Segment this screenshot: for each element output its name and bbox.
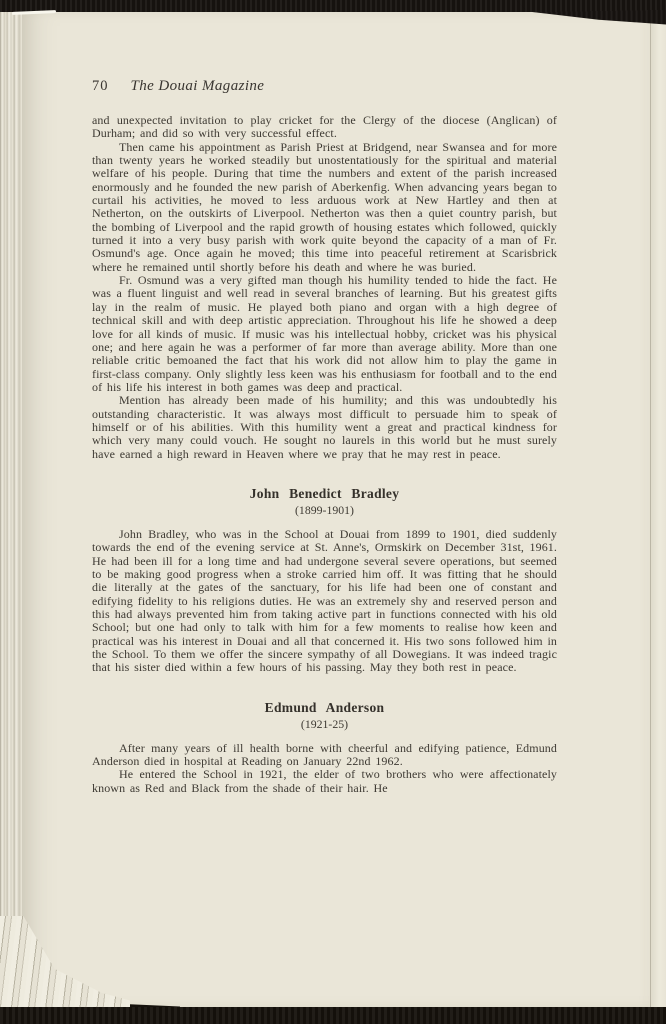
scan-dark-band-bottom: [0, 1007, 666, 1024]
obituary-osmund-paragraph: Mention has already been made of his hum…: [92, 394, 557, 461]
scanned-book-page: 70 The Douai Magazine and unexpected inv…: [0, 0, 666, 1024]
obituary-osmund-paragraph: and unexpected invitation to play cricke…: [92, 114, 557, 141]
book-page-stack-edges: [0, 10, 22, 1009]
obituary-heading-bradley: John Benedict Bradley: [92, 486, 557, 502]
obituary-anderson-paragraph: After many years of ill health borne wit…: [92, 742, 557, 769]
page-number: 70: [92, 78, 109, 95]
obituary-dates-bradley: (1899-1901): [92, 503, 557, 518]
obituary-heading-anderson: Edmund Anderson: [92, 700, 557, 716]
page-gutter-crease: [650, 12, 651, 1007]
obituary-anderson-paragraph: He entered the School in 1921, the elder…: [92, 768, 557, 795]
obituary-osmund-paragraph: Then came his appointment as Parish Prie…: [92, 141, 557, 274]
page-content: 70 The Douai Magazine and unexpected inv…: [92, 78, 557, 795]
obituary-osmund-paragraph: Fr. Osmund was a very gifted man though …: [92, 274, 557, 394]
magazine-title: The Douai Magazine: [131, 78, 265, 95]
obituary-bradley-paragraph: John Bradley, who was in the School at D…: [92, 528, 557, 675]
adjacent-page-edge: [651, 12, 666, 1007]
obituary-dates-anderson: (1921-25): [92, 717, 557, 732]
page-header: 70 The Douai Magazine: [92, 78, 557, 95]
